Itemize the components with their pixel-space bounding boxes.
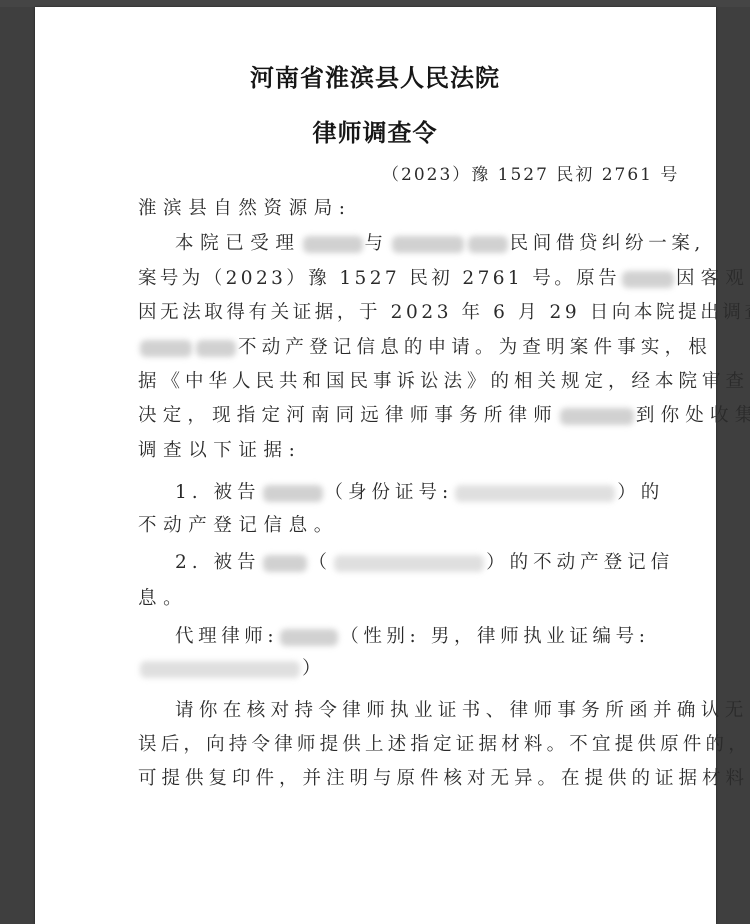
redacted-name bbox=[392, 236, 464, 253]
redacted-lawyer-name bbox=[560, 408, 634, 425]
lawyer-info: 代理律师:（性别: 男，律师执业证编号: bbox=[175, 626, 650, 648]
addressee: 淮滨县自然资源局: bbox=[138, 198, 352, 220]
court-name-heading: 河南省淮滨县人民法院 bbox=[0, 58, 750, 93]
redacted-name bbox=[622, 271, 674, 288]
evidence-item-1-cont: 不动产登记信息。 bbox=[138, 515, 339, 537]
paragraph-line: 误后，向持令律师提供上述指定证据材料。不宜提供原件的， bbox=[138, 734, 750, 756]
case-number: （2023）豫 1527 民初 2761 号 bbox=[382, 160, 679, 185]
redacted-name bbox=[263, 485, 323, 502]
text-segment: 到你处收集、 bbox=[636, 405, 750, 426]
text-segment: ） bbox=[302, 658, 327, 679]
viewer-frame-top bbox=[0, 0, 750, 7]
evidence-item-2-cont: 息。 bbox=[138, 588, 188, 610]
text-segment: 因客观原 bbox=[676, 268, 750, 289]
redacted-id-number bbox=[455, 485, 615, 502]
evidence-item-1: 1. 被告（身份证号:）的 bbox=[175, 482, 664, 504]
paragraph-line: 据《中华人民共和国民事诉讼法》的相关规定，经本院审查 bbox=[138, 371, 749, 393]
text-segment: 本院已受理 bbox=[175, 233, 301, 254]
redacted-name bbox=[263, 555, 307, 572]
document-title: 律师调查令 bbox=[0, 113, 750, 148]
paragraph-line: 不动产登记信息的申请。为查明案件事实，根 bbox=[138, 337, 712, 359]
text-segment: ）的不动产登记信 bbox=[486, 552, 674, 573]
redacted-name bbox=[196, 340, 236, 357]
lawyer-license-line: ） bbox=[138, 658, 327, 680]
text-segment: 1. 被告 bbox=[175, 482, 261, 503]
text-segment: （身份证号: bbox=[325, 482, 454, 503]
redacted-name bbox=[468, 236, 508, 253]
paragraph-line: 请你在核对持令律师执业证书、律师事务所函并确认无 bbox=[175, 700, 749, 722]
text-segment: 2. 被告 bbox=[175, 552, 261, 573]
redacted-name bbox=[303, 236, 363, 253]
evidence-item-2: 2. 被告（）的不动产登记信 bbox=[175, 552, 674, 574]
redacted-lawyer-name bbox=[280, 629, 338, 646]
text-segment: 民间借贷纠纷一案, bbox=[510, 233, 705, 254]
text-segment: 与 bbox=[365, 233, 390, 254]
redacted-license-number bbox=[140, 661, 300, 678]
redacted-id-number bbox=[334, 555, 484, 572]
text-segment: 决定，现指定河南同远律师事务所律师 bbox=[138, 405, 558, 426]
paragraph-line: 案号为（2023）豫 1527 民初 2761 号。原告因客观原 bbox=[138, 268, 750, 290]
text-segment: （性别: 男，律师执业证编号: bbox=[340, 626, 649, 647]
paragraph-line: 因无法取得有关证据，于 2023 年 6 月 29 日向本院提出调查 bbox=[138, 302, 750, 324]
paragraph-line: 调查以下证据: bbox=[138, 440, 301, 462]
paragraph-line: 本院已受理与民间借贷纠纷一案, bbox=[175, 233, 705, 255]
paragraph-line: 决定，现指定河南同远律师事务所律师到你处收集、 bbox=[138, 405, 750, 427]
text-segment: 不动产登记信息的申请。为查明案件事实，根 bbox=[238, 337, 712, 358]
text-segment: ）的 bbox=[617, 482, 664, 503]
text-segment: 代理律师: bbox=[175, 626, 278, 647]
text-segment: （ bbox=[309, 552, 333, 573]
paragraph-line: 可提供复印件，并注明与原件核对无异。在提供的证据材料 bbox=[138, 768, 749, 790]
text-segment: 案号为（2023）豫 1527 民初 2761 号。原告 bbox=[138, 268, 620, 289]
redacted-name bbox=[140, 340, 192, 357]
